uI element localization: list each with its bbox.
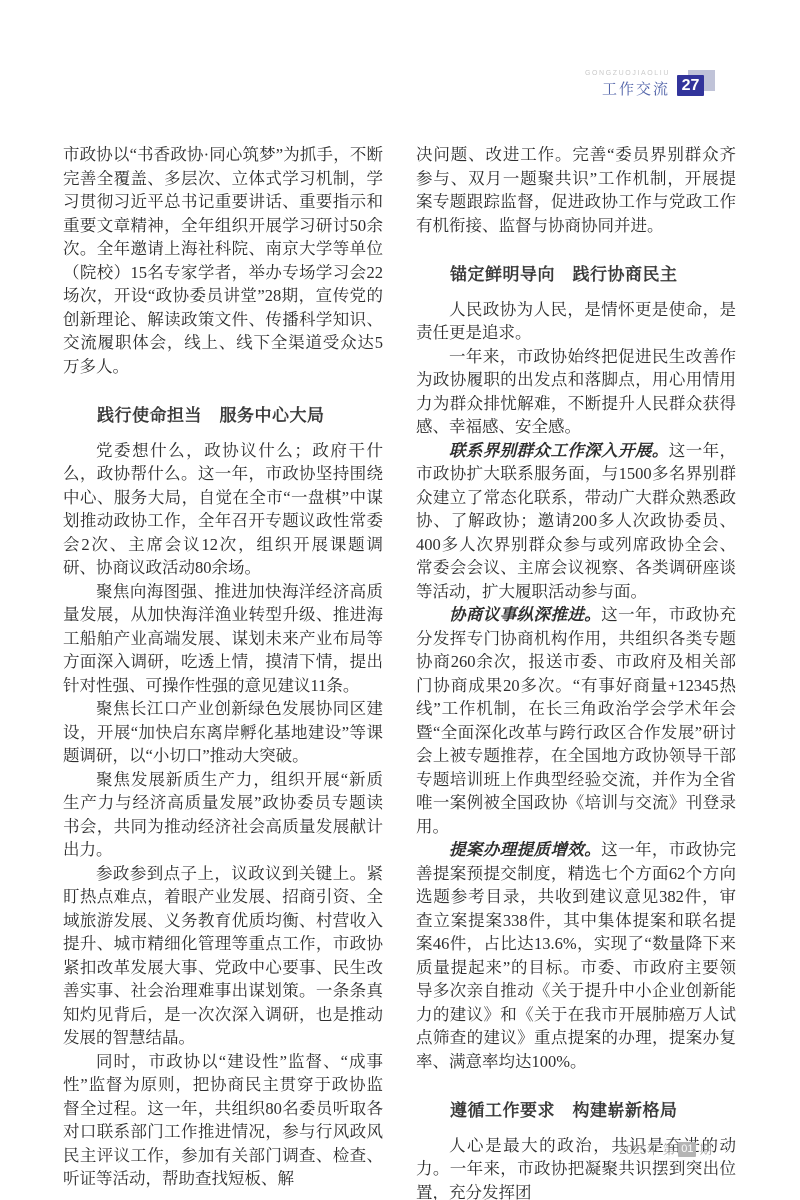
section-heading: 践行使命担当 服务中心大局 xyxy=(63,404,383,428)
article-body: 市政协以“书香政协·同心筑梦”为抓手，不断完善全覆盖、多层次、立体式学习机制，学… xyxy=(63,143,737,1200)
section-heading: 锚定鲜明导向 践行协商民主 xyxy=(416,263,736,287)
paragraph-lead-emphasis: 协商议事纵深推进。 xyxy=(449,605,601,624)
paragraph-lead-emphasis: 提案办理提质增效。 xyxy=(449,840,601,859)
section-title: 工作交流 xyxy=(585,78,670,99)
magazine-page: GONGZUOJIAOLIU 工作交流 27 市政协以“书香政协·同心筑梦”为抓… xyxy=(0,0,800,1200)
body-paragraph: 决问题、改进工作。完善“委员界别群众齐参与、双月一题聚共识”工作机制，开展提案专… xyxy=(416,143,736,237)
footer-issue-number: 01 xyxy=(678,1142,696,1157)
left-column: 市政协以“书香政协·同心筑梦”为抓手，不断完善全覆盖、多层次、立体式学习机制，学… xyxy=(63,143,383,1200)
body-paragraph: 参政参到点子上，议政议到关键上。紧盯热点难点，着眼产业发展、招商引资、全域旅游发… xyxy=(63,862,383,1050)
body-paragraph: 聚焦发展新质生产力，组织开展“新质生产力与经济高质量发展”政协委员专题读书会，共… xyxy=(63,768,383,862)
body-paragraph: 人民政协为人民，是情怀更是使命，是责任更是追求。 xyxy=(416,298,736,345)
right-column: 决问题、改进工作。完善“委员界别群众齐参与、双月一题聚共识”工作机制，开展提案专… xyxy=(416,143,736,1200)
body-paragraph: 提案办理提质增效。这一年，市政协完善提案预提交制度，精选七个方面62个方向选题参… xyxy=(416,838,736,1073)
body-paragraph: 聚焦向海图强、推进加快海洋经济高质量发展，从加快海洋渔业转型升级、推进海工船舶产… xyxy=(63,580,383,698)
body-paragraph: 聚焦长江口产业创新绿色发展协同区建设，开展“加快启东离岸孵化基地建设”等课题调研… xyxy=(63,697,383,768)
body-paragraph: 党委想什么，政协议什么；政府干什么，政协帮什么。这一年，市政协坚持围绕中心、服务… xyxy=(63,439,383,580)
body-paragraph: 联系界别群众工作深入开展。这一年，市政协扩大联系服务面，与1500多名界别群众建… xyxy=(416,439,736,604)
footer-issue-prefix: 2025年 第 xyxy=(619,1140,675,1158)
body-paragraph: 一年来，市政协始终把促进民生改善作为政协履职的出发点和落脚点，用心用情用力为群众… xyxy=(416,345,736,439)
page-footer: 2025年 第 01 期 xyxy=(619,1140,712,1158)
page-header: GONGZUOJIAOLIU 工作交流 27 xyxy=(585,70,716,99)
header-titles: GONGZUOJIAOLIU 工作交流 xyxy=(585,70,670,99)
section-pinyin: GONGZUOJIAOLIU xyxy=(585,70,670,77)
body-paragraph: 市政协以“书香政协·同心筑梦”为抓手，不断完善全覆盖、多层次、立体式学习机制，学… xyxy=(63,143,383,378)
page-number-badge: 27 xyxy=(677,74,716,96)
body-paragraph: 同时，市政协以“建设性”监督、“成事性”监督为原则，把协商民主贯穿于政协监督全过… xyxy=(63,1050,383,1191)
paragraph-lead-emphasis: 联系界别群众工作深入开展。 xyxy=(449,441,669,460)
section-heading: 遵循工作要求 构建崭新格局 xyxy=(416,1099,736,1123)
footer-issue-suffix: 期 xyxy=(699,1140,712,1158)
page-number: 27 xyxy=(677,75,704,96)
body-paragraph: 协商议事纵深推进。这一年，市政协充分发挥专门协商机构作用，共组织各类专题协商26… xyxy=(416,603,736,838)
